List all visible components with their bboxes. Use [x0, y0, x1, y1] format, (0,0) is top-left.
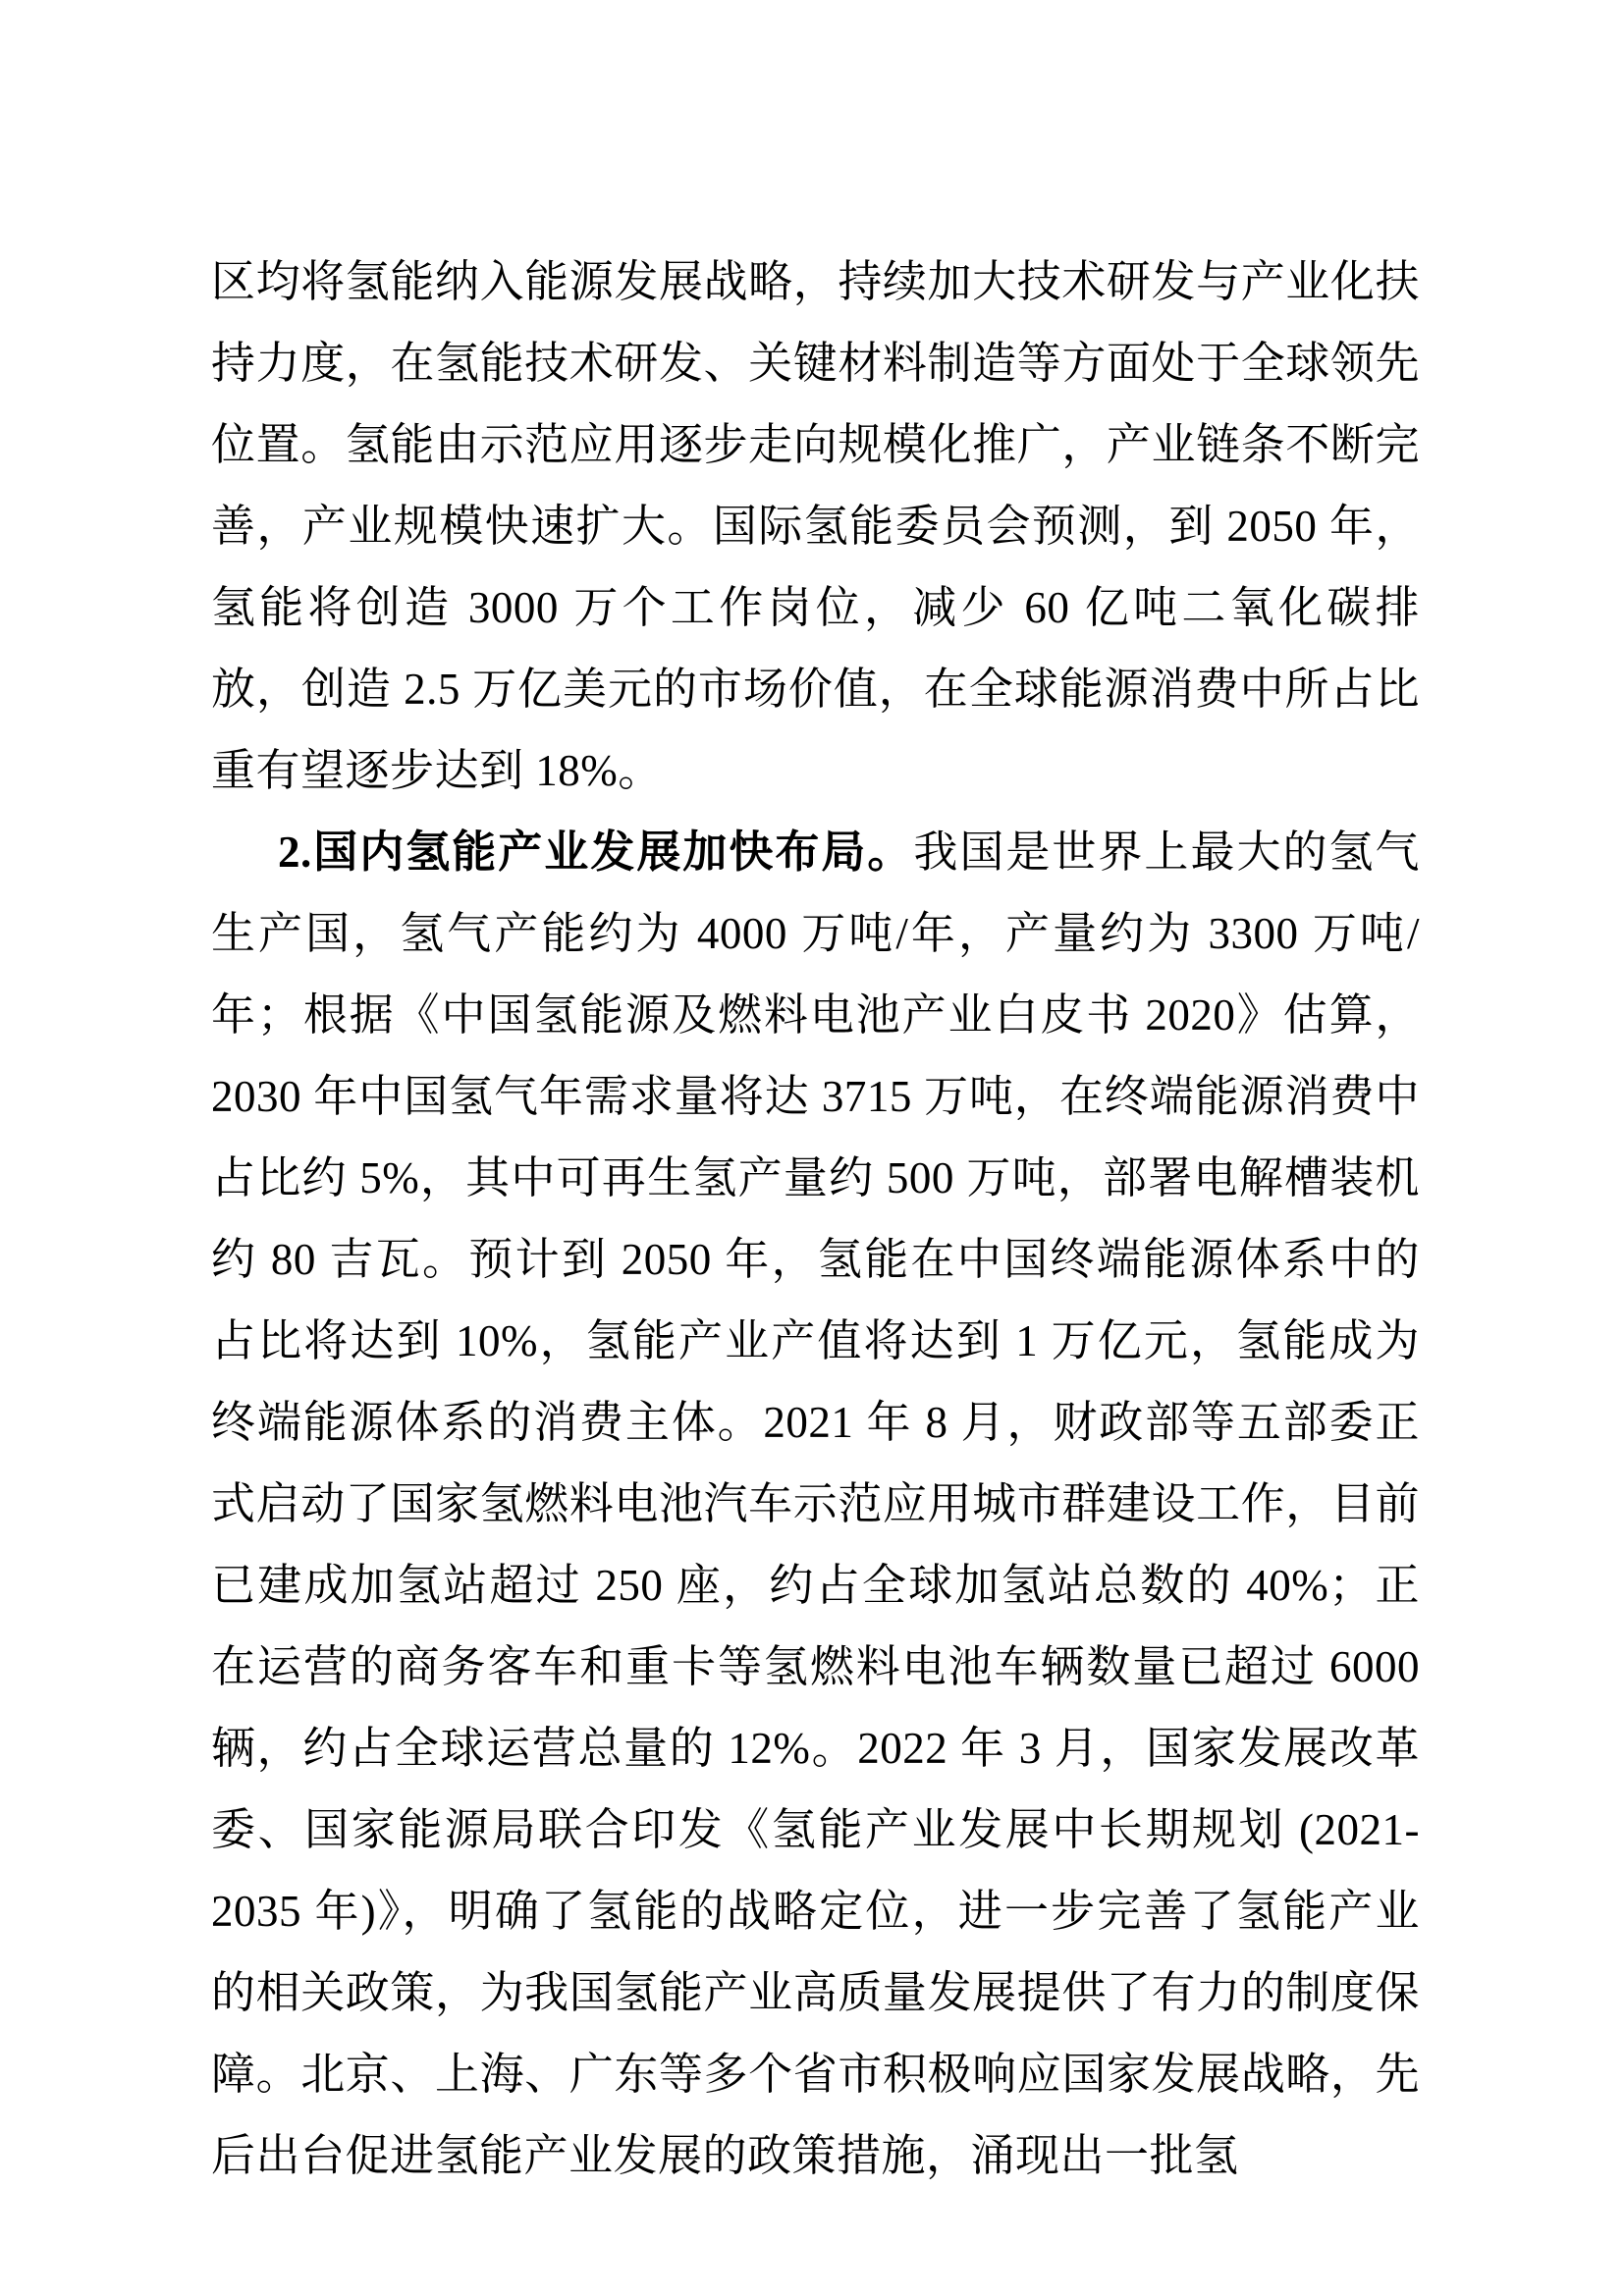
- text-run: 区均将氢能纳入能源发展战略，持续加大技术研发与产业化扶持力度，在氢能技术研发、关…: [211, 257, 1420, 795]
- page-body: 区均将氢能纳入能源发展战略，持续加大技术研发与产业化扶持力度，在氢能技术研发、关…: [211, 241, 1420, 2197]
- document-page: 区均将氢能纳入能源发展战略，持续加大技术研发与产业化扶持力度，在氢能技术研发、关…: [0, 0, 1624, 2296]
- bold-text-run: 2.国内氢能产业发展加快布局。: [278, 828, 913, 877]
- paragraph: 2.国内氢能产业发展加快布局。我国是世界上最大的氢气生产国，氢气产能约为 400…: [211, 812, 1420, 2197]
- text-run: 我国是世界上最大的氢气生产国，氢气产能约为 4000 万吨/年，产量约为 330…: [211, 828, 1420, 2180]
- paragraph: 区均将氢能纳入能源发展战略，持续加大技术研发与产业化扶持力度，在氢能技术研发、关…: [211, 241, 1420, 812]
